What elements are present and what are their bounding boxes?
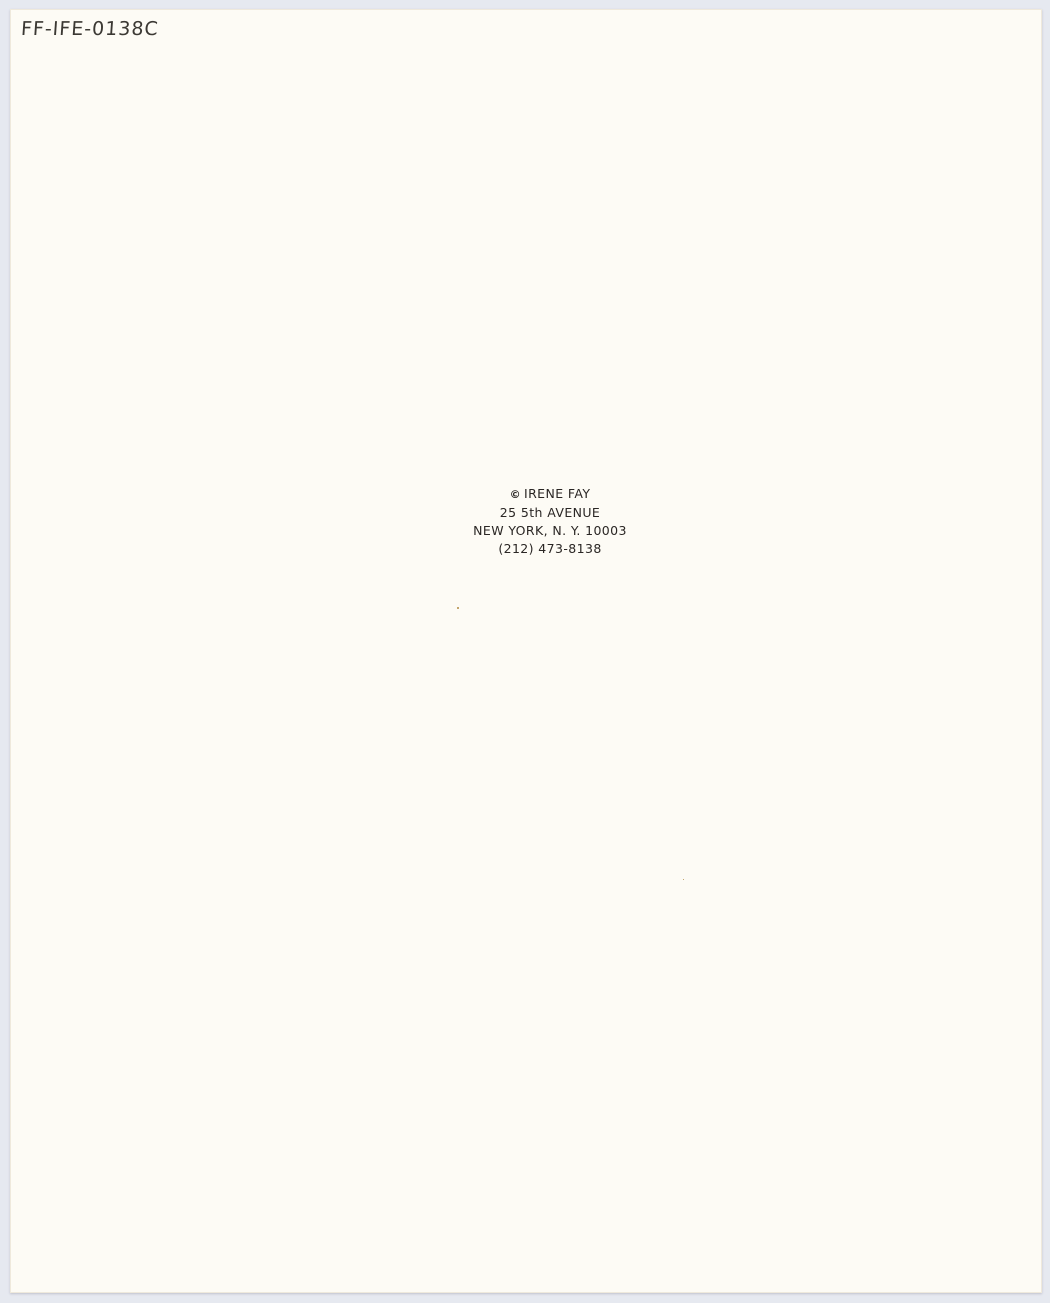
catalog-number: FF-IFE-0138C (20, 18, 159, 40)
copyright-icon: © (510, 488, 521, 501)
stamp-line-city: NEW YORK, N. Y. 10003 (450, 522, 650, 540)
stamp-line-street: 25 5th AVENUE (450, 504, 650, 522)
photo-back-paper: FF-IFE-0138C ©IRENE FAY 25 5th AVENUE NE… (10, 9, 1042, 1293)
photographer-stamp: ©IRENE FAY 25 5th AVENUE NEW YORK, N. Y.… (450, 485, 650, 558)
paper-speck (457, 607, 459, 609)
stamp-line-name: ©IRENE FAY (450, 485, 650, 504)
stamp-line-phone: (212) 473-8138 (450, 540, 650, 558)
paper-speck (683, 879, 684, 880)
